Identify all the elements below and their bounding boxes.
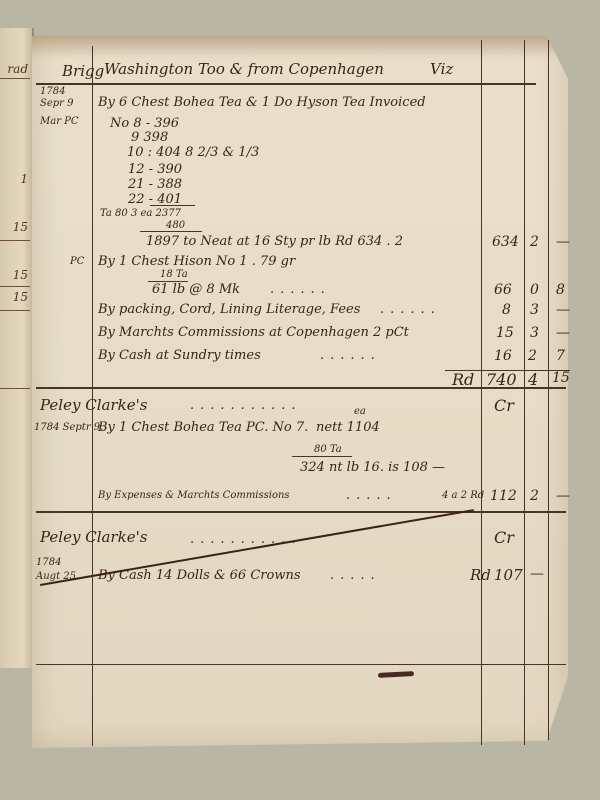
amount-sk: — [556, 302, 570, 318]
account-name: Peley Clarke's [40, 528, 147, 546]
amount-rd: 66 [494, 282, 512, 298]
credit-side: Cr [494, 528, 514, 547]
divider [0, 310, 30, 311]
rd-column-rule [481, 40, 482, 745]
amount-rd: 15 [496, 325, 514, 341]
vessel-type: Brigg [62, 62, 104, 80]
weight-line: 9 398 [131, 130, 168, 145]
weight-line: 1897 to Neat at 16 Sty pr lb Rd 634 . 2 [146, 234, 403, 249]
amount-prefix: Rd [470, 566, 491, 584]
amount-rd: 634 [492, 234, 519, 250]
entry-text: By Expenses & Marchts Commissions [98, 490, 290, 501]
amount-sk: 8 [556, 282, 565, 298]
account-name: Peley Clarke's [40, 396, 147, 414]
amount-rd: 8 [502, 302, 511, 318]
leader-dots: ..... [330, 568, 381, 583]
left-page-fragment: 15 [13, 268, 28, 282]
amount-sk: 7 [556, 348, 565, 364]
credit-side: Cr [494, 396, 514, 415]
entry-text: By 1 Chest Bohea Tea PC. No 7. [98, 420, 308, 435]
amount-rd: 16 [494, 348, 512, 364]
entry-text: By Cash 14 Dolls & 66 Crowns [98, 568, 300, 583]
ledger-page [32, 36, 568, 748]
closing-rule [36, 664, 566, 665]
weight-sup: ea [354, 406, 366, 417]
ledger-title: Washington Too & from Copenhagen [104, 60, 384, 78]
sum-rule [150, 205, 195, 206]
net-line: 61 lb @ 8 Mk [152, 282, 240, 297]
amount-rd: 112 [490, 488, 517, 504]
left-page-fragment: 15 [13, 290, 28, 304]
weight-line: 21 - 388 [128, 177, 182, 192]
left-page-fragment: 15 [13, 220, 28, 234]
amount-sk: — [556, 488, 570, 504]
divider [0, 78, 30, 79]
left-page-edge: rad 1 15 15 15 [0, 28, 34, 668]
leader-dots: ...... [380, 302, 441, 317]
amount-mk: 0 [530, 282, 539, 298]
sum-rule [292, 456, 352, 457]
weight-line: nett 1104 [316, 420, 380, 435]
entry-text: By Cash at Sundry times [98, 348, 261, 363]
entry-text: By packing, Cord, Lining Literage, Fees [98, 302, 360, 317]
amount-mk: 3 [530, 325, 539, 341]
leader-dots: ........... [190, 398, 301, 413]
weight-line: 480 [166, 220, 185, 231]
title-suffix: Viz [430, 60, 453, 78]
left-page-fragment: rad [7, 62, 28, 76]
header-rule [36, 83, 536, 85]
commission-rate: 4 a 2 Rd [442, 490, 484, 501]
sum-rule [140, 231, 202, 232]
tare-line: 80 Ta [314, 444, 342, 455]
entry-text: By 1 Chest Hison No 1 . 79 gr [98, 254, 295, 269]
entry-text: By 6 Chest Bohea Tea & 1 Do Hyson Tea In… [98, 95, 426, 110]
weight-line: No 8 - 396 [110, 116, 179, 131]
amount-sk: — [556, 234, 570, 250]
amount-sk: — [556, 325, 570, 341]
leader-dots: ...... [270, 282, 331, 297]
net-line: 324 nt lb 16. is 108 — [300, 460, 445, 475]
leader-dots: ........... [190, 532, 301, 547]
tare-line: 18 Ta [160, 269, 188, 280]
amount-rd: 107 [494, 566, 523, 584]
amount-mk: 3 [530, 302, 539, 318]
weight-line: Ta 80 3 ea 2377 [100, 208, 181, 219]
divider [0, 388, 30, 389]
section-rule [36, 511, 566, 513]
divider [0, 240, 30, 241]
amount-mk: 2 [530, 488, 539, 504]
total-sk: 15 [552, 370, 570, 386]
amount-mk: 2 [530, 234, 539, 250]
amount-mk: 2 [528, 348, 537, 364]
entry-date: 1784 Septr 9. [34, 422, 103, 433]
leader-dots: ..... [346, 488, 397, 503]
left-page-fragment: 1 [20, 172, 28, 186]
sk-column-rule [548, 40, 549, 740]
divider [0, 286, 30, 287]
entry-date: 1784 Augt 25 [36, 556, 86, 584]
amount-mk: — [530, 566, 544, 582]
entry-mark: Mar PC [40, 116, 79, 127]
entry-date: 1784 Sepr 9 [40, 86, 90, 110]
entry-mark: PC [70, 256, 84, 267]
weight-line: 12 - 390 [128, 162, 182, 177]
total-prefix: Rd [452, 370, 474, 389]
total-rd: 740 [486, 370, 517, 389]
leader-dots: ...... [320, 348, 381, 363]
entry-text: By Marchts Commissions at Copenhagen 2 p… [98, 325, 409, 340]
weight-line: 10 : 404 8 2/3 & 1/3 [127, 145, 259, 160]
mk-column-rule [524, 40, 525, 745]
total-mk: 4 [528, 370, 538, 389]
